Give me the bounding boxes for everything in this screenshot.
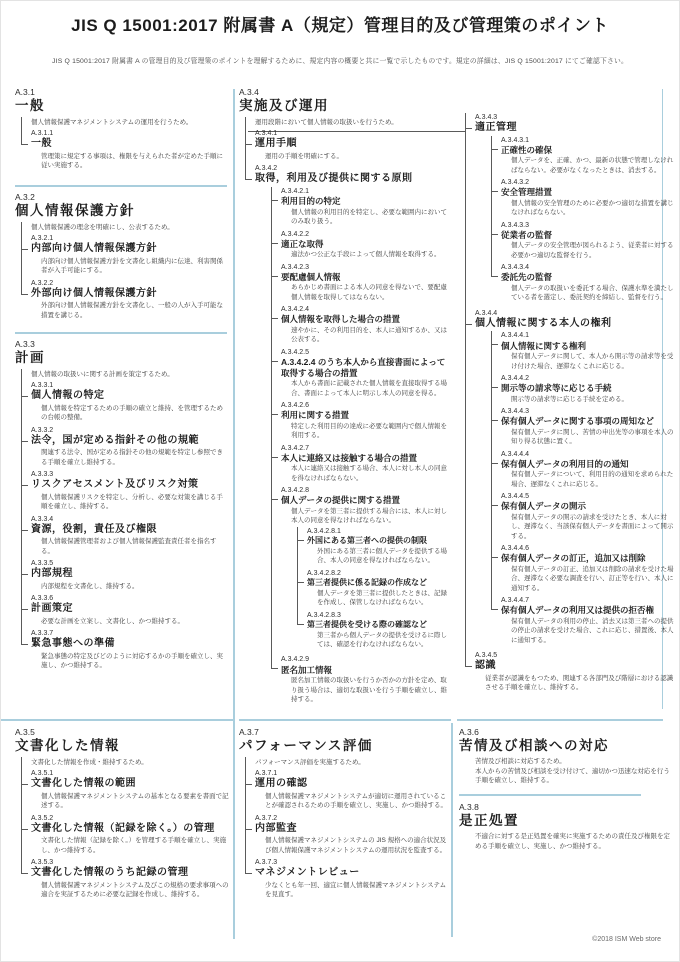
section-a31: A.3.1 一般 個人情報保護マネジメントシステムの運用を行うため。 A.3.1… <box>15 87 229 174</box>
node-title: 資源，役割，責任及び権限 <box>31 524 229 537</box>
section-id: A.3.4 <box>239 87 449 98</box>
node-id: A.3.4.4 <box>475 309 677 318</box>
section-purpose: 個人情報保護マネジメントシステムの運用を行うため。 <box>15 117 229 129</box>
node-desc: 緊急事態の特定及びどのように対応するかの手順を確立し、実施し、かつ維持する。 <box>41 652 229 671</box>
node-title: 保有個人データの利用又は提供の拒否権 <box>501 605 677 616</box>
section-id: A.3.7 <box>239 727 447 738</box>
section-title: 個人情報保護方針 <box>15 203 229 220</box>
tree-node-A.3.1.1: A.3.1.1一般管理策に規定する事項は、権限を与えられた者が定めた手順に従い実… <box>15 129 229 173</box>
node-id: A.3.4.2.2 <box>281 230 449 239</box>
tree-node-A.3.4.4.1: A.3.4.4.1個人情報に関する権利保有個人データに関して、本人から開示等の請… <box>485 331 677 374</box>
section-id: A.3.5 <box>15 727 229 738</box>
tree-node-A.3.4.2.9: A.3.4.2.9匿名加工情報匿名加工情報の取扱いを行うか否かの方針を定め、取り… <box>265 655 449 707</box>
tree-node-A.3.2.1: A.3.2.1内部向け個人情報保護方針内部向け個人情報保護方針を文書化し組織内に… <box>15 234 229 278</box>
section-title: 是正処置 <box>459 813 675 830</box>
tree-node-A.3.4.5: A.3.4.5認識従業者が認識をもつため、関連する各部門及び階層における認識させ… <box>459 651 677 695</box>
node-id: A.3.4.5 <box>475 651 677 660</box>
section-a32: A.3.2 個人情報保護方針 個人情報保護の理念を明確にし、公表するため。 A.… <box>15 192 229 323</box>
node-desc: 本人に連絡又は接触する場合、本人に対し本人の同意を得なければならない。 <box>291 464 449 483</box>
section-purpose: 運用段階において個人情報の取扱いを行うため。 <box>239 117 449 129</box>
node-title: 法令，国が定める指針その他の規範 <box>31 435 229 448</box>
node-desc: 開示等の請求等に応じる手続を定める。 <box>511 395 677 404</box>
node-id: A.3.5.2 <box>31 814 229 823</box>
node-desc: 保有個人データの訂正、追加又は削除の請求を受けた場合、遅滞なく必要な調査を行い、… <box>511 565 677 593</box>
section-title: 計画 <box>15 350 229 367</box>
node-id: A.3.4.2.5 <box>281 348 449 357</box>
node-title: リスクアセスメント及びリスク対策 <box>31 479 229 492</box>
node-title: 内部向け個人情報保護方針 <box>31 243 229 256</box>
node-title: 内部監査 <box>255 823 447 836</box>
node-desc: 個人情報保護リスクを特定し、分析し、必要な対策を講じる手順を確立し、維持する。 <box>41 493 229 512</box>
copyright-notice: ©2018 ISM Web store <box>592 936 661 943</box>
tree-node-A.3.4.2.7: A.3.4.2.7本人に連絡又は接触する場合の措置本人に連絡又は接触する場合、本… <box>265 444 449 487</box>
node-id: A.3.3.7 <box>31 629 229 638</box>
jis-q15001-poster: JIS Q 15001:2017 附属書 A（規定）管理目的及び管理策のポイント… <box>0 0 680 962</box>
section-a343-branch: A.3.4.3適正管理A.3.4.3.1正確性の確保個人データを、正確、かつ、最… <box>459 113 677 696</box>
tree-node-A.3.5.2: A.3.5.2文書化した情報（記録を除く。）の管理文書化した情報（記録を除く。）… <box>15 814 229 858</box>
node-title: 保有個人データの訂正，追加又は削除 <box>501 553 677 564</box>
tree-node-A.3.4.4.7: A.3.4.4.7保有個人データの利用又は提供の拒否権保有個人データの利用の停止… <box>485 596 677 648</box>
node-desc: 個人情報を特定するための手順の確立と維持、を管理するための台帳の整備。 <box>41 404 229 423</box>
tree-node-A.3.4.2.8.2: A.3.4.2.8.2第三者提供に係る記録の作成など個人データを第三者に提供した… <box>291 569 449 611</box>
section-purpose: 個人情報の取扱いに関する計画を策定するため。 <box>15 369 229 381</box>
node-desc: 個人データを、正確、かつ、最新の状態で管理しなければならない。必要がなくなったと… <box>511 156 677 175</box>
node-desc: 個人データを第三者に提供する場合には、本人に対し本人の同意を得なければならない。 <box>291 507 449 526</box>
tree-node-A.3.3.4: A.3.3.4資源，役割，責任及び権限個人情報保護管理者および個人情報保護監査責… <box>15 515 229 559</box>
section-purpose: パフォーマンス評価を実施するため。 <box>239 757 447 769</box>
tree-node-A.3.4.3.1: A.3.4.3.1正確性の確保個人データを、正確、かつ、最新の状態で管理しなけれ… <box>485 136 677 179</box>
node-desc: 個人情報の利用目的を特定し、必要な範囲内においてのみ取り扱う。 <box>291 208 449 227</box>
section-id: A.3.3 <box>15 339 229 350</box>
section-id: A.3.1 <box>15 87 229 98</box>
tree-node-A.3.4.4.2: A.3.4.4.2開示等の請求等に応じる手続開示等の請求等に応じる手続を定める。 <box>485 374 677 407</box>
node-id: A.3.4.2.9 <box>281 655 449 664</box>
section-purpose: 個人情報保護の理念を明確にし、公表するため。 <box>15 222 229 234</box>
tree-node-A.3.3.7: A.3.3.7緊急事態への準備緊急事態の特定及びどのように対応するかの手順を確立… <box>15 629 229 673</box>
node-id: A.3.1.1 <box>31 129 229 138</box>
node-id: A.3.3.4 <box>31 515 229 524</box>
node-id: A.3.4.2.7 <box>281 444 449 453</box>
section-title: 一般 <box>15 98 229 115</box>
node-desc: 匿名加工情報の取扱いを行うか否かの方針を定め、取り扱う場合は、適切な取扱いを行う… <box>291 676 449 704</box>
node-id: A.3.3.2 <box>31 426 229 435</box>
node-desc: 内部規程を文書化し、維持する。 <box>41 582 229 591</box>
section-tree: 運用段階において個人情報の取扱いを行うため。 A.3.4.1運用手順運用の手順を… <box>239 117 449 711</box>
node-desc: 適法かつ公正な手段によって個人情報を取得する。 <box>291 250 449 259</box>
section-a34: A.3.4 実施及び運用 運用段階において個人情報の取扱いを行うため。 A.3.… <box>239 87 449 710</box>
node-title: 文書化した情報の範囲 <box>31 778 229 791</box>
tree-nodes: A.3.7.1運用の確認個人情報保護マネジメントシステムが適切に運用されているこ… <box>239 769 447 902</box>
node-title: 個人データの提供に関する措置 <box>281 495 449 506</box>
tree-level-0: A.3.3.1個人情報の特定個人情報を特定するための手順の確立と維持、を管理する… <box>15 381 229 673</box>
tree-node-A.3.3.1: A.3.3.1個人情報の特定個人情報を特定するための手順の確立と維持、を管理する… <box>15 381 229 425</box>
tree-nodes: A.3.3.1個人情報の特定個人情報を特定するための手順の確立と維持、を管理する… <box>15 381 229 673</box>
node-id: A.3.4.3.4 <box>501 263 677 272</box>
tree-node-A.3.4.2.8.1: A.3.4.2.8.1外国にある第三者への提供の制限外国にある第三者に個人データ… <box>291 527 449 569</box>
node-title: 保有個人データの利用目的の通知 <box>501 459 677 470</box>
node-title: 委託先の監督 <box>501 272 677 283</box>
divider-bottom-middle <box>239 719 451 721</box>
tree-node-A.3.7.3: A.3.7.3マネジメントレビュー少なくとも年一回、適宜に個人情報保護マネジメン… <box>239 858 447 902</box>
node-id: A.3.4.3.1 <box>501 136 677 145</box>
node-desc: 特定した利用目的の達成に必要な範囲内で個人情報を利用する。 <box>291 422 449 441</box>
node-title: 文書化した情報（記録を除く。）の管理 <box>31 823 229 836</box>
tree-nodes: A.3.2.1内部向け個人情報保護方針内部向け個人情報保護方針を文書化し組織内に… <box>15 234 229 323</box>
node-title: 個人情報を取得した場合の措置 <box>281 314 449 325</box>
tree-node-A.3.4.2.1: A.3.4.2.1利用目的の特定個人情報の利用目的を特定し、必要な範囲内において… <box>265 187 449 230</box>
section-title: 苦情及び相談への対応 <box>459 738 675 755</box>
node-id: A.3.4.4.2 <box>501 374 677 383</box>
tree-node-A.3.4.2.2: A.3.4.2.2適正な取得適法かつ公正な手段によって個人情報を取得する。 <box>265 230 449 263</box>
tree-nodes: A.3.1.1一般管理策に規定する事項は、権限を与えられた者が定めた手順に従い実… <box>15 129 229 173</box>
page-subtitle: JIS Q 15001:2017 附属書 A の管理目的及び管理策のポイントを理… <box>1 55 679 65</box>
tree-node-A.3.4.2.8.3: A.3.4.2.8.3第三者提供を受ける際の確認など第三者から個人データの提供を… <box>291 611 449 653</box>
node-id: A.3.5.3 <box>31 858 229 867</box>
node-title: 匿名加工情報 <box>281 665 449 676</box>
node-desc: あらかじめ書面による本人の同意を得ないで、要配慮個人情報を取得してはならない。 <box>291 283 449 302</box>
node-desc: 少なくとも年一回、適宜に個人情報保護マネジメントシステムを見直す。 <box>265 881 447 900</box>
node-id: A.3.4.4.3 <box>501 407 677 416</box>
node-title: 第三者提供に係る記録の作成など <box>307 578 449 588</box>
node-desc: 保有個人データに関し、苦情の申出先等の事項を本人の知り得る状態に置く。 <box>511 428 677 447</box>
tree-node-A.3.4.3: A.3.4.3適正管理A.3.4.3.1正確性の確保個人データを、正確、かつ、最… <box>459 113 677 309</box>
node-title: 要配慮個人情報 <box>281 272 449 283</box>
tree-level-0: A.3.5.1文書化した情報の範囲個人情報保護マネジメントシステムの基本となる要… <box>15 769 229 902</box>
node-desc: 個人データの安全管理が図られるよう、従業者に対する必要かつ適切な監督を行う。 <box>511 241 677 260</box>
node-id: A.3.4.2.1 <box>281 187 449 196</box>
node-desc: 外部向け個人情報保護方針を文書化し、一般の人が入手可能な措置を講じる。 <box>41 301 229 320</box>
column-separator-left <box>233 89 235 939</box>
node-desc: 従業者が認識をもつため、関連する各部門及び階層における認識させる手順を確立し、維… <box>485 674 677 693</box>
node-id: A.3.3.5 <box>31 559 229 568</box>
section-a36: A.3.6 苦情及び相談への対応 苦情及び相談に対応するため。 本人からの苦情及… <box>459 727 675 786</box>
tree-node-A.3.4.3.2: A.3.4.3.2安全管理措置個人情報の安全管理のために必要かつ適切な措置を講じ… <box>485 178 677 221</box>
node-id: A.3.2.2 <box>31 279 229 288</box>
tree-level-0: A.3.7.1運用の確認個人情報保護マネジメントシステムが適切に運用されているこ… <box>239 769 447 902</box>
node-title: 保有個人データの開示 <box>501 501 677 512</box>
section-purpose: 文書化した情報を作成・維持するため。 <box>15 757 229 769</box>
divider-a36-a38 <box>459 794 641 796</box>
node-id: A.3.4.2.3 <box>281 263 449 272</box>
node-id: A.3.4.4.7 <box>501 596 677 605</box>
node-id: A.3.4.2.8.2 <box>307 569 449 578</box>
section-id: A.3.8 <box>459 802 675 813</box>
node-title: 利用目的の特定 <box>281 196 449 207</box>
tree-node-A.3.5.1: A.3.5.1文書化した情報の範囲個人情報保護マネジメントシステムの基本となる要… <box>15 769 229 813</box>
node-desc: 保有個人データの開示の請求を受けたとき、本人に対し、遅滞なく、当該保有個人データ… <box>511 513 677 541</box>
node-title: 内部規程 <box>31 568 229 581</box>
section-desc-line: 不適合に対する是正処置を確実に実施するための責任及び権限を定める手順を確立し、実… <box>475 832 675 852</box>
node-title: 適正管理 <box>475 122 677 135</box>
section-a38: A.3.8 是正処置 不適合に対する是正処置を確実に実施するための責任及び権限を… <box>459 802 675 851</box>
tree-node-A.3.4.3.3: A.3.4.3.3従業者の監督個人データの安全管理が図られるよう、従業者に対する… <box>485 221 677 264</box>
node-id: A.3.3.3 <box>31 470 229 479</box>
node-id: A.3.4.4.5 <box>501 492 677 501</box>
node-desc: 運用の手順を明確にする。 <box>265 152 449 161</box>
node-title: 外国にある第三者への提供の制限 <box>307 536 449 546</box>
tree-level-1: A.3.4.4.1個人情報に関する権利保有個人データに関して、本人から開示等の請… <box>485 331 677 648</box>
node-id: A.3.4.2.8.1 <box>307 527 449 536</box>
node-title: 運用の確認 <box>255 778 447 791</box>
tree-level-2: A.3.4.2.8.1外国にある第三者への提供の制限外国にある第三者に個人データ… <box>291 527 449 653</box>
node-id: A.3.7.2 <box>255 814 447 823</box>
node-title: 文書化した情報のうち記録の管理 <box>31 867 229 880</box>
node-id: A.3.4.3.3 <box>501 221 677 230</box>
node-title: 従業者の監督 <box>501 230 677 241</box>
node-title: 個人情報に関する本人の権利 <box>475 318 677 331</box>
node-desc: 管理策に規定する事項は、権限を与えられた者が定めた手順に従い実施する。 <box>41 152 229 171</box>
node-desc: 速やかに、その利用目的を、本人に通知するか、又は公表する。 <box>291 326 449 345</box>
section-id: A.3.2 <box>15 192 229 203</box>
node-id: A.3.4.3.2 <box>501 178 677 187</box>
node-desc: 外国にある第三者に個人データを提供する場合、本人の同意を得なければならない。 <box>317 547 449 566</box>
divider-a32-a33 <box>15 332 227 334</box>
tree-node-A.3.4.4: A.3.4.4個人情報に関する本人の権利A.3.4.4.1個人情報に関する権利保… <box>459 309 677 651</box>
node-desc: 個人情報保護マネジメントシステムの基本となる要素を書面で記述する。 <box>41 792 229 811</box>
tree-node-A.3.4.2.3: A.3.4.2.3要配慮個人情報あらかじめ書面による本人の同意を得ないで、要配慮… <box>265 263 449 306</box>
node-desc: 本人から書面に記載された個人情報を直接取得する場合、書面によって本人に明示し本人… <box>291 379 449 398</box>
section-desc-line: 苦情及び相談に対応するため。 <box>475 757 675 767</box>
node-id: A.3.4.2.4 <box>281 305 449 314</box>
node-desc: 文書化した情報（記録を除く。）を管理する手順を確立し、実施し、かつ維持する。 <box>41 836 229 855</box>
tree-node-A.3.5.3: A.3.5.3文書化した情報のうち記録の管理個人情報保護マネジメントシステム及び… <box>15 858 229 902</box>
section-id: A.3.6 <box>459 727 675 738</box>
node-desc: 個人情報保護管理者および個人情報保護監査責任者を指名する。 <box>41 537 229 556</box>
tree-node-A.3.2.2: A.3.2.2外部向け個人情報保護方針外部向け個人情報保護方針を文書化し、一般の… <box>15 279 229 323</box>
tree-node-A.3.4.2.4: A.3.4.2.4個人情報を取得した場合の措置速やかに、その利用目的を、本人に通… <box>265 305 449 348</box>
section-tree: 個人情報保護の理念を明確にし、公表するため。 A.3.2.1内部向け個人情報保護… <box>15 222 229 323</box>
section-title: パフォーマンス評価 <box>239 738 447 755</box>
section-a33: A.3.3 計画 個人情報の取扱いに関する計画を策定するため。 A.3.3.1個… <box>15 339 229 674</box>
node-title: 適正な取得 <box>281 239 449 250</box>
tree-node-A.3.4.4.3: A.3.4.4.3保有個人データに関する事項の周知など保有個人データに関し、苦情… <box>485 407 677 450</box>
node-title: マネジメントレビュー <box>255 867 447 880</box>
section-tree: 個人情報の取扱いに関する計画を策定するため。 A.3.3.1個人情報の特定個人情… <box>15 369 229 674</box>
tree-node-A.3.3.2: A.3.3.2法令，国が定める指針その他の規範関連する法令、国が定める指針その他… <box>15 426 229 470</box>
tree-node-A.3.4.3.4: A.3.4.3.4委託先の監督個人データの取扱いを委託する場合、保護水準を満たし… <box>485 263 677 306</box>
tree-node-A.3.7.2: A.3.7.2内部監査個人情報保護マネジメントシステムの JIS 規格への適合状… <box>239 814 447 858</box>
node-id: A.3.4.2.6 <box>281 401 449 410</box>
node-id: A.3.4.4.1 <box>501 331 677 340</box>
node-id: A.3.4.3 <box>475 113 677 122</box>
node-title: 認識 <box>475 660 677 673</box>
node-desc: 保有個人データの利用の停止、消去又は第三者への提供の停止の請求を受けた場合、これ… <box>511 617 677 645</box>
node-title: 本人に連絡又は接触する場合の措置 <box>281 453 449 464</box>
tree-level-1: A.3.4.2.1利用目的の特定個人情報の利用目的を特定し、必要な範囲内において… <box>265 187 449 708</box>
node-desc: 必要な計画を立案し、文書化し、かつ維持する。 <box>41 617 229 626</box>
node-desc: 内部向け個人情報保護方針を文書化し組織内に伝達、利害関係者が入手可能にする。 <box>41 257 229 276</box>
tree-level-0: A.3.4.1運用手順運用の手順を明確にする。A.3.4.2取得，利用及び提供に… <box>239 129 449 710</box>
node-title: 取得，利用及び提供に関する原則 <box>255 173 449 186</box>
node-title: 緊急事態への準備 <box>31 638 229 651</box>
tree-node-A.3.4.2.5: A.3.4.2.5A.3.4.2.4 のうち本人から直接書面によって取得する場合… <box>265 348 449 401</box>
tree-node-A.3.4.2.6: A.3.4.2.6利用に関する措置特定した利用目的の達成に必要な範囲内で個人情報… <box>265 401 449 444</box>
node-desc: 個人情報の安全管理のために必要かつ適切な措置を講じなければならない。 <box>511 199 677 218</box>
node-id: A.3.7.3 <box>255 858 447 867</box>
node-desc: 個人データの取扱いを委託する場合、保護水準を満たしている者を選定し、委託契約を締… <box>511 284 677 303</box>
tree-level-0: A.3.4.3適正管理A.3.4.3.1正確性の確保個人データを、正確、かつ、最… <box>459 113 677 696</box>
node-title: 正確性の確保 <box>501 145 677 156</box>
section-tree: パフォーマンス評価を実施するため。 A.3.7.1運用の確認個人情報保護マネジメ… <box>239 757 447 903</box>
tree-level-1: A.3.4.3.1正確性の確保個人データを、正確、かつ、最新の状態で管理しなけれ… <box>485 136 677 306</box>
node-desc: 関連する法令、国が定める指針その他の規範を特定し参照できる手順を確立し維持する。 <box>41 448 229 467</box>
tree-node-A.3.4.4.5: A.3.4.4.5保有個人データの開示保有個人データの開示の請求を受けたとき、本… <box>485 492 677 544</box>
node-title: 外部向け個人情報保護方針 <box>31 288 229 301</box>
tree-nodes: A.3.4.3適正管理A.3.4.3.1正確性の確保個人データを、正確、かつ、最… <box>459 113 677 696</box>
node-title: A.3.4.2.4 のうち本人から直接書面によって取得する場合の措置 <box>281 357 449 378</box>
tree-node-A.3.3.6: A.3.3.6計画策定必要な計画を立案し、文書化し、かつ維持する。 <box>15 594 229 629</box>
section-desc-line: 本人からの苦情及び相談を受け付けて、適切かつ迅速な対応を行う手順を確立し、維持す… <box>475 767 675 787</box>
tree-node-A.3.4.4.4: A.3.4.4.4保有個人データの利用目的の通知保有個人データについて、利用目的… <box>485 450 677 493</box>
section-tree: 文書化した情報を作成・維持するため。 A.3.5.1文書化した情報の範囲個人情報… <box>15 757 229 903</box>
node-desc: 個人情報保護マネジメントシステム及びこの規格の要求事項への適合を実証するために必… <box>41 881 229 900</box>
node-title: 計画策定 <box>31 603 229 616</box>
node-title: 開示等の請求等に応じる手続 <box>501 383 677 394</box>
tree-nodes: A.3.4.1運用手順運用の手順を明確にする。A.3.4.2取得，利用及び提供に… <box>239 129 449 710</box>
node-id: A.3.3.6 <box>31 594 229 603</box>
node-title: 第三者提供を受ける際の確認など <box>307 620 449 630</box>
node-title: 運用手順 <box>255 138 449 151</box>
tree-nodes: A.3.5.1文書化した情報の範囲個人情報保護マネジメントシステムの基本となる要… <box>15 769 229 902</box>
node-desc: 第三者から個人データの提供を受けるに際しては、確認を行わなければならない。 <box>317 631 449 650</box>
tree-level-0: A.3.2.1内部向け個人情報保護方針内部向け個人情報保護方針を文書化し組織内に… <box>15 234 229 323</box>
section-a37: A.3.7 パフォーマンス評価 パフォーマンス評価を実施するため。 A.3.7.… <box>239 727 447 903</box>
node-id: A.3.4.2.8 <box>281 486 449 495</box>
tree-node-A.3.3.3: A.3.3.3リスクアセスメント及びリスク対策個人情報保護リスクを特定し、分析し… <box>15 470 229 514</box>
node-desc: 保有個人データに関して、本人から開示等の請求等を受け付けた場合、遅滞なくこれに応… <box>511 352 677 371</box>
tree-node-A.3.4.2: A.3.4.2取得，利用及び提供に関する原則A.3.4.2.1利用目的の特定個人… <box>239 164 449 710</box>
node-title: 一般 <box>31 138 229 151</box>
node-id: A.3.4.4.4 <box>501 450 677 459</box>
node-desc: 個人データを第三者に提供したときは、記録を作成し、保管しなければならない。 <box>317 589 449 608</box>
node-desc: 個人情報保護マネジメントシステムが適切に運用されていることが確認されるための手順… <box>265 792 447 811</box>
section-a35: A.3.5 文書化した情報 文書化した情報を作成・維持するため。 A.3.5.1… <box>15 727 229 903</box>
column-separator-right-bottom <box>451 723 453 937</box>
node-title: 個人情報に関する権利 <box>501 341 677 352</box>
section-tree: 個人情報保護マネジメントシステムの運用を行うため。 A.3.1.1一般管理策に規… <box>15 117 229 174</box>
node-id: A.3.4.2.8.3 <box>307 611 449 620</box>
node-desc: 保有個人データについて、利用目的の通知を求められた場合、遅滞なくこれに応じる。 <box>511 470 677 489</box>
page-title: JIS Q 15001:2017 附属書 A（規定）管理目的及び管理策のポイント <box>1 11 679 36</box>
node-id: A.3.4.4.6 <box>501 544 677 553</box>
node-title: 利用に関する措置 <box>281 410 449 421</box>
section-title: 実施及び運用 <box>239 98 449 115</box>
tree-node-A.3.4.1: A.3.4.1運用手順運用の手順を明確にする。 <box>239 129 449 164</box>
tree-node-A.3.7.1: A.3.7.1運用の確認個人情報保護マネジメントシステムが適切に運用されているこ… <box>239 769 447 813</box>
divider-a31-a32 <box>15 185 227 187</box>
tree-node-A.3.3.5: A.3.3.5内部規程内部規程を文書化し、維持する。 <box>15 559 229 594</box>
tree-node-A.3.4.2.8: A.3.4.2.8個人データの提供に関する措置個人データを第三者に提供する場合に… <box>265 486 449 655</box>
node-title: 個人情報の特定 <box>31 390 229 403</box>
divider-bottom-right <box>457 719 663 721</box>
node-title: 保有個人データに関する事項の周知など <box>501 416 677 427</box>
section-title: 文書化した情報 <box>15 738 229 755</box>
tree-node-A.3.4.4.6: A.3.4.4.6保有個人データの訂正，追加又は削除保有個人データの訂正、追加又… <box>485 544 677 596</box>
tree-level-0: A.3.1.1一般管理策に規定する事項は、権限を与えられた者が定めた手順に従い実… <box>15 129 229 173</box>
node-desc: 個人情報保護マネジメントシステムの JIS 規格への適合状況及び個人情報保護マネ… <box>265 836 447 855</box>
node-title: 安全管理措置 <box>501 187 677 198</box>
divider-bottom-left <box>1 719 233 721</box>
